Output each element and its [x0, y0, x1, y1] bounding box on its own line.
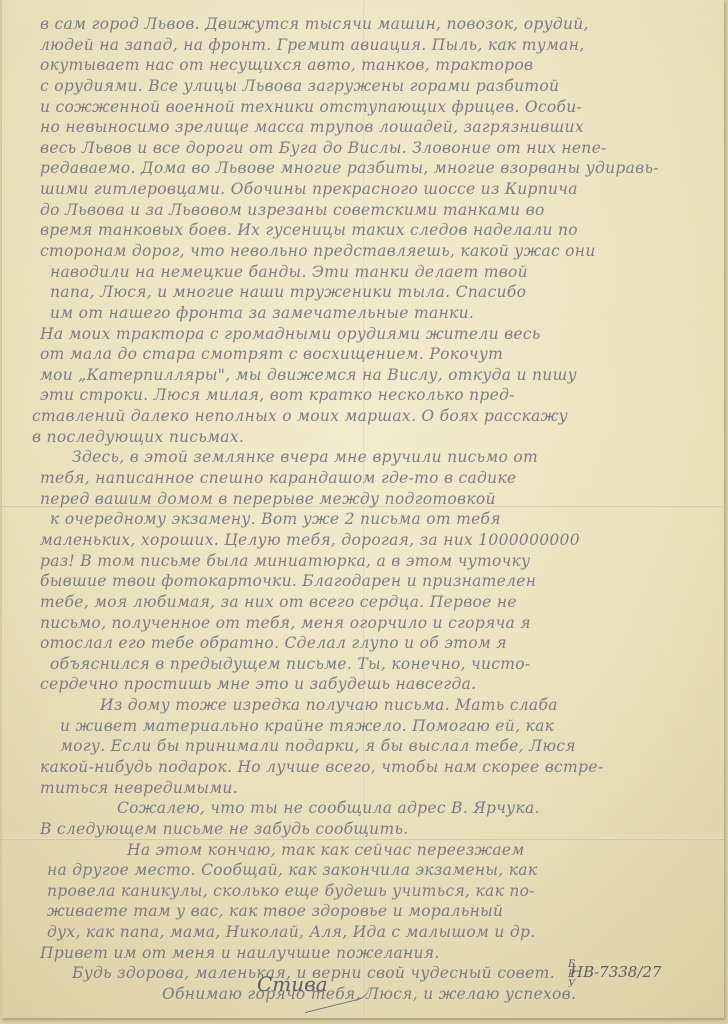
letter-line: На моих трактора с громадными орудиями ж…	[40, 325, 541, 343]
letter-line: провела каникулы, сколько еще будешь учи…	[47, 882, 535, 900]
signature: Стива	[257, 972, 328, 996]
letter-line: Из дому тоже изредка получаю письма. Мат…	[100, 696, 558, 714]
letter-line: наводили на немецкие банды. Эти танки де…	[50, 263, 528, 281]
letter-line: На этом кончаю, так как сейчас переезжае…	[127, 841, 525, 859]
archive-number: НВ-7338/27	[570, 963, 662, 981]
letter-line: сердечно простишь мне это и забудешь нав…	[40, 675, 476, 693]
letter-line: ставлений далеко неполных о моих маршах.…	[32, 407, 568, 425]
letter-line: весь Львов и все дороги от Буга до Вислы…	[40, 139, 607, 157]
letter-line: живаете там у вас, как твое здоровье и м…	[47, 902, 503, 920]
letter-line: к очередному экзамену. Вот уже 2 письма …	[50, 510, 501, 528]
letter-line: дух, как папа, мама, Николай, Аля, Ида с…	[47, 923, 535, 941]
letter-line: Сожалею, что ты не сообщила адрес В. Ярч…	[117, 799, 540, 817]
letter-line: в последующих письмах.	[32, 428, 244, 446]
letter-line: перед вашим домом в перерыве между подго…	[40, 490, 496, 508]
letter-line: отослал его тебе обратно. Сделал глупо и…	[40, 634, 507, 652]
letter-line: Здесь, в этой землянке вчера мне вручили…	[72, 448, 538, 466]
letter-line: и живет материально крайне тяжело. Помог…	[60, 717, 554, 735]
letter-body: в сам город Львов. Движутся тысячи машин…	[2, 0, 724, 1018]
letter-line: бывшие твои фотокарточки. Благодарен и п…	[40, 572, 536, 590]
letter-line: от мала до стара смотрят с восхищением. …	[40, 345, 503, 363]
letter-line: тебе, моя любимая, за них от всего сердц…	[40, 593, 517, 611]
letter-line: эти строки. Люся милая, вот кратко неско…	[40, 386, 515, 404]
letter-line: до Львова и за Львовом изрезаны советски…	[40, 201, 545, 219]
letter-line: мои „Катерпилляры", мы движемся на Вислу…	[40, 366, 577, 384]
letter-line: письмо, полученное от тебя, меня огорчил…	[40, 614, 531, 632]
letter-line: шими гитлеровцами. Обочины прекрасного ш…	[40, 180, 578, 198]
letter-line: папа, Люся, и многие наши труженики тыла…	[50, 283, 526, 301]
letter-line: людей на запад, на фронт. Гремит авиация…	[40, 36, 584, 54]
letter-page: в сам город Львов. Движутся тысячи машин…	[2, 0, 724, 1018]
letter-line: тебя, написанное спешно карандашом где-т…	[40, 469, 516, 487]
letter-line: Привет им от меня и наилучшие пожелания.	[40, 944, 440, 962]
letter-line: сторонам дорог, что невольно представляе…	[40, 242, 596, 260]
letter-line: время танковых боев. Их гусеницы таких с…	[40, 221, 578, 239]
letter-line: им от нашего фронта за замечательные тан…	[50, 304, 474, 322]
letter-line: на другое место. Сообщай, как закончила …	[47, 861, 537, 879]
letter-line: В следующем письме не забудь сообщить.	[40, 820, 408, 838]
letter-line: редаваемо. Дома во Львове многие разбиты…	[40, 159, 659, 177]
letter-line: маленьких, хороших. Целую тебя, дорогая,…	[40, 531, 580, 549]
letter-line: окутывает нас от несущихся авто, танков,…	[40, 56, 533, 74]
letter-line: но невыносимо зрелище масса трупов лошад…	[40, 118, 584, 136]
letter-line: титься невредимыми.	[40, 779, 238, 797]
letter-line: могу. Если бы принимали подарки, я бы вы…	[60, 737, 576, 755]
letter-line: какой-нибудь подарок. Но лучше всего, чт…	[40, 758, 603, 776]
letter-line: с орудиями. Все улицы Львова загружены г…	[40, 77, 559, 95]
letter-line: в сам город Львов. Движутся тысячи машин…	[40, 15, 589, 33]
letter-line: раз! В том письме была миниатюрка, а в э…	[40, 552, 530, 570]
letter-line: объяснился в предыдущем письме. Ты, коне…	[50, 655, 530, 673]
letter-line: и сожженной военной техники отступающих …	[40, 98, 582, 116]
